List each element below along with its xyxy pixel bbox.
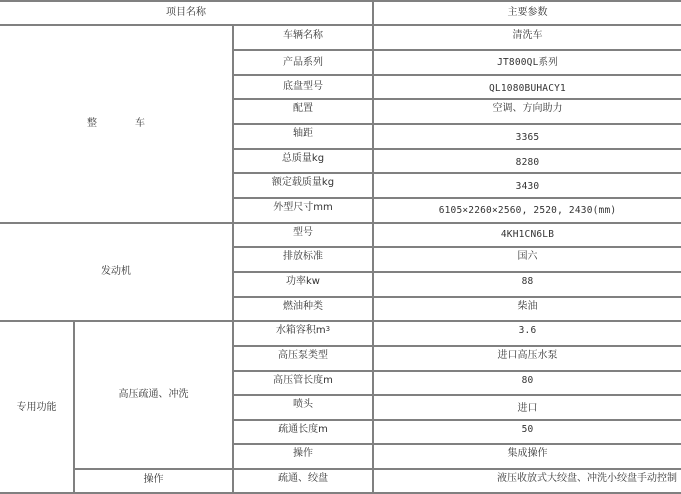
group-label-special-function: 专用功能	[0, 322, 73, 493]
row-name-dredge-length: 疏通长度m	[234, 421, 372, 439]
row-name-hose-length: 高压管长度m	[234, 372, 372, 390]
divider	[73, 468, 681, 470]
row-value-vehicle-name: 清洗车	[374, 26, 681, 49]
row-name-wheelbase: 轴距	[234, 125, 372, 143]
row-name-dimensions: 外型尺寸mm	[234, 199, 372, 217]
row-name-dredge-winch: 疏通、绞盘	[234, 470, 372, 488]
row-name-nozzle: 喷头	[234, 396, 372, 414]
divider	[0, 24, 681, 26]
row-value-dredge-length: 50	[374, 421, 681, 439]
divider	[232, 419, 681, 421]
row-value-nozzle: 进口	[374, 396, 681, 421]
row-value-configuration: 空调、方向助力	[374, 100, 681, 118]
row-value-tank-volume: 3.6	[374, 322, 681, 340]
divider	[232, 172, 681, 174]
divider	[73, 320, 75, 494]
divider	[232, 74, 681, 76]
row-name-gross-mass: 总质量kg	[234, 150, 372, 168]
divider	[232, 49, 681, 51]
divider	[372, 0, 374, 494]
row-name-rated-load: 额定载质量kg	[234, 174, 372, 192]
row-value-dredge-winch: 液压收放式大绞盘、冲洗小绞盘手动控制	[374, 470, 681, 488]
divider	[232, 296, 681, 298]
divider	[0, 222, 681, 224]
row-name-operation: 操作	[234, 445, 372, 463]
row-name-product-series: 产品系列	[234, 51, 372, 74]
row-name-chassis-model: 底盘型号	[234, 75, 372, 98]
row-value-pump-type: 进口高压水泵	[374, 347, 681, 365]
row-name-emission-standard: 排放标准	[234, 248, 372, 266]
row-name-power: 功率kw	[234, 273, 372, 291]
divider	[232, 24, 234, 494]
header-main-params: 主要参数	[374, 1, 681, 24]
row-name-engine-model: 型号	[234, 224, 372, 242]
header-item-name: 项目名称	[0, 1, 372, 24]
row-value-dimensions: 6105×2260×2560, 2520, 2430(mm)	[374, 199, 681, 222]
row-name-vehicle-name: 车辆名称	[234, 26, 372, 49]
vehicle-spec-table: 项目名称 主要参数 整 车 发动机 专用功能 高压疏通、冲洗 操作 车辆名称 清…	[0, 0, 681, 494]
divider	[232, 394, 681, 396]
row-value-rated-load: 3430	[374, 174, 681, 199]
divider	[232, 98, 681, 100]
row-name-tank-volume: 水箱容积m3	[234, 322, 372, 340]
row-value-operation: 集成操作	[374, 445, 681, 463]
row-value-fuel-type: 柴油	[374, 298, 681, 316]
divider	[232, 345, 681, 347]
divider	[232, 370, 681, 372]
group-label-vehicle: 整 车	[0, 26, 232, 222]
tank-volume-label: 水箱容积m	[276, 325, 326, 337]
row-value-engine-model: 4KH1CN6LB	[374, 224, 681, 246]
row-value-power: 88	[374, 273, 681, 291]
row-name-pump-type: 高压泵类型	[234, 347, 372, 365]
group-label-engine: 发动机	[0, 224, 232, 320]
subgroup-label-hp-dredge-wash: 高压疏通、冲洗	[75, 322, 232, 468]
divider	[0, 320, 681, 322]
row-value-wheelbase: 3365	[374, 125, 681, 150]
row-name-configuration: 配置	[234, 100, 372, 118]
divider	[232, 123, 681, 125]
divider	[232, 148, 681, 150]
subgroup-label-operation: 操作	[75, 470, 232, 493]
row-value-emission-standard: 国六	[374, 248, 681, 266]
divider	[232, 197, 681, 199]
divider	[232, 246, 681, 248]
divider	[232, 443, 681, 445]
row-value-product-series: JT800QL系列	[374, 51, 681, 74]
row-name-fuel-type: 燃油种类	[234, 298, 372, 316]
divider	[232, 271, 681, 273]
row-value-hose-length: 80	[374, 372, 681, 390]
divider	[0, 0, 681, 2]
